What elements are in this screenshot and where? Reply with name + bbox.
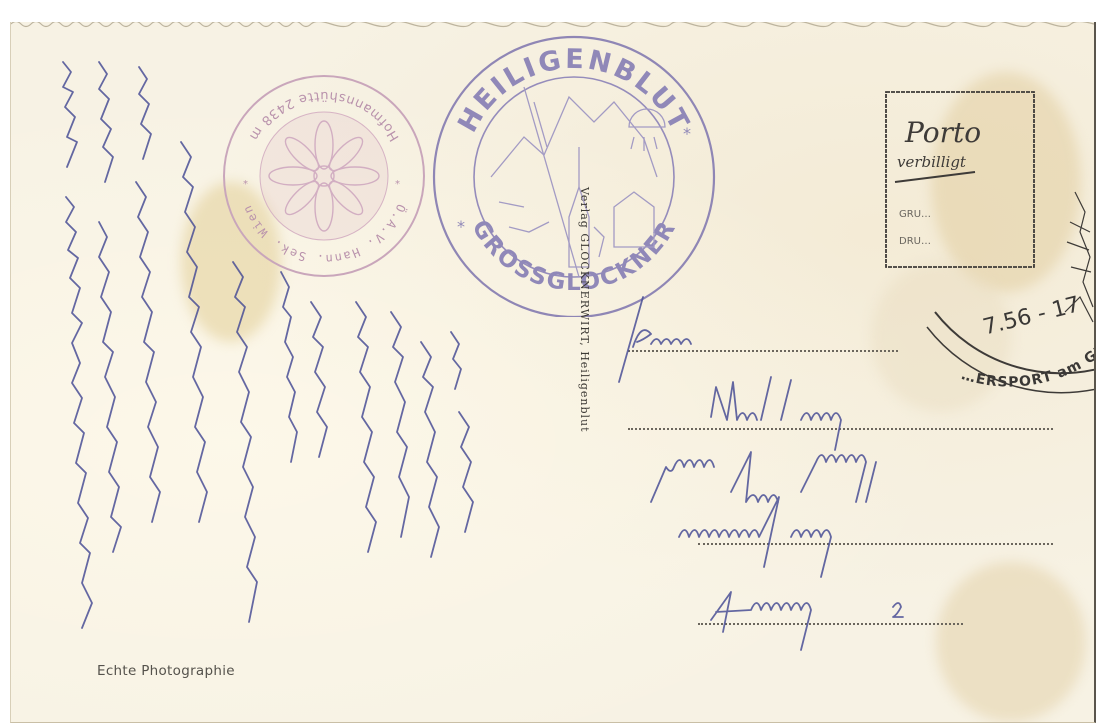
svg-text:*: * (243, 179, 248, 190)
postmark: Porto verbilligt GRU… DRU… 7.56 - 17 …ER… (875, 82, 1095, 412)
publisher-imprint: Verlag GLOCKNERWIRT, Heiligenblut (578, 187, 591, 433)
svg-text:GROSSGLOCKNER: GROSSGLOCKNER (466, 216, 681, 296)
address-line-house (711, 592, 903, 650)
svg-text:GRU…: GRU… (899, 209, 931, 220)
hofmannshuette-stamp: Ö.A.V. Hann. Sek. Wien Hofmannshütte 243… (215, 67, 433, 285)
svg-text:verbilligt: verbilligt (897, 153, 967, 171)
heiligenblut-stamp: HEILIGENBLUT GROSSGLOCKNER * * (429, 27, 719, 317)
svg-text:*: * (683, 124, 691, 143)
svg-text:Porto: Porto (904, 116, 981, 149)
svg-text:*: * (395, 179, 400, 190)
address-line-3 (698, 543, 1053, 545)
address-line-name (711, 377, 841, 450)
svg-text:*: * (457, 217, 465, 236)
address-line-street (651, 452, 876, 502)
paper-stain (936, 562, 1086, 722)
address-line-4 (698, 623, 963, 625)
postcard-back: Ö.A.V. Hann. Sek. Wien Hofmannshütte 243… (10, 22, 1096, 723)
address-line-2 (628, 428, 1053, 430)
address-line-city (679, 497, 831, 577)
photo-mark: Echte Photographie (97, 663, 235, 679)
svg-text:DRU…: DRU… (899, 236, 931, 247)
svg-text:7.56 - 17: 7.56 - 17 (981, 292, 1083, 340)
address-line-1 (628, 350, 898, 352)
